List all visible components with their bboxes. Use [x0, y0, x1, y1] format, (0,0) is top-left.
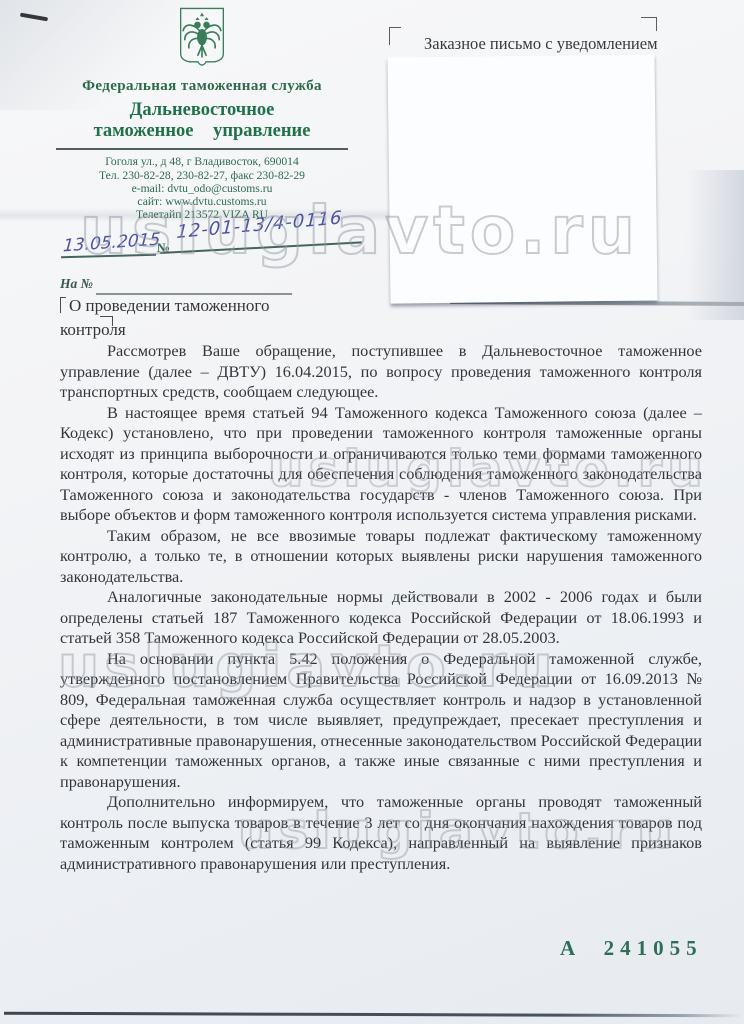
mail-type-note: Заказное письмо с уведомлением: [424, 34, 658, 54]
paragraph-4: Аналогичные законодательные нормы действ…: [60, 587, 702, 649]
website-line: сайт: www.dvtu.customs.ru: [56, 195, 348, 208]
letter-body: Рассмотрев Ваше обращение, поступившее в…: [60, 341, 702, 874]
paper-edge-shade: [686, 170, 744, 320]
letterhead-divider: [56, 148, 348, 150]
division-line1: Дальневосточное: [56, 100, 348, 121]
agency-name: Федеральная таможенная служба: [56, 78, 348, 95]
in-reply-to-label: На №: [60, 276, 93, 292]
paragraph-6: Дополнительно информируем, что таможенны…: [60, 792, 702, 874]
paragraph-3: Таким образом, не все ввозимые товары по…: [60, 526, 702, 588]
letterhead: Федеральная таможенная служба Дальневост…: [56, 6, 348, 221]
email-line: e-mail: dvtu_odo@customs.ru: [56, 182, 348, 195]
address-corner-mark-left: [389, 27, 401, 45]
address-line: Гоголя ул., д 48, г Владивосток, 690014: [56, 155, 348, 168]
division-line2: таможенное управление: [56, 121, 348, 142]
paragraph-5: На основании пункта 5.42 положения о Фед…: [60, 649, 702, 793]
paragraph-1: Рассмотрев Ваше обращение, поступившее в…: [60, 341, 702, 403]
paragraph-2: В настоящее время статьей 94 Таможенного…: [60, 403, 702, 526]
subject-text: О проведении таможенного контроля: [60, 296, 269, 339]
scanned-letter-page: Федеральная таможенная служба Дальневост…: [0, 0, 744, 1024]
coat-of-arms-icon: [177, 6, 227, 75]
paper-bottom-edge: [4, 1012, 742, 1018]
form-number-stamp: А 241055: [560, 936, 703, 961]
number-underline: [160, 241, 362, 254]
address-corner-mark-right: [641, 17, 657, 31]
in-reply-to-underline: [96, 293, 292, 295]
handwritten-date: 13.05.2015: [62, 230, 161, 257]
covered-address-area: [388, 54, 658, 303]
subject-line: О проведении таможенного контроля: [60, 296, 326, 340]
division-name: Дальневосточное таможенное управление: [56, 100, 348, 141]
phone-line: Тел. 230-82-28, 230-82-27, факс 230-82-2…: [56, 169, 348, 182]
subject-corner-mark-left: [60, 297, 66, 313]
subject-corner-mark-right: [100, 316, 113, 326]
